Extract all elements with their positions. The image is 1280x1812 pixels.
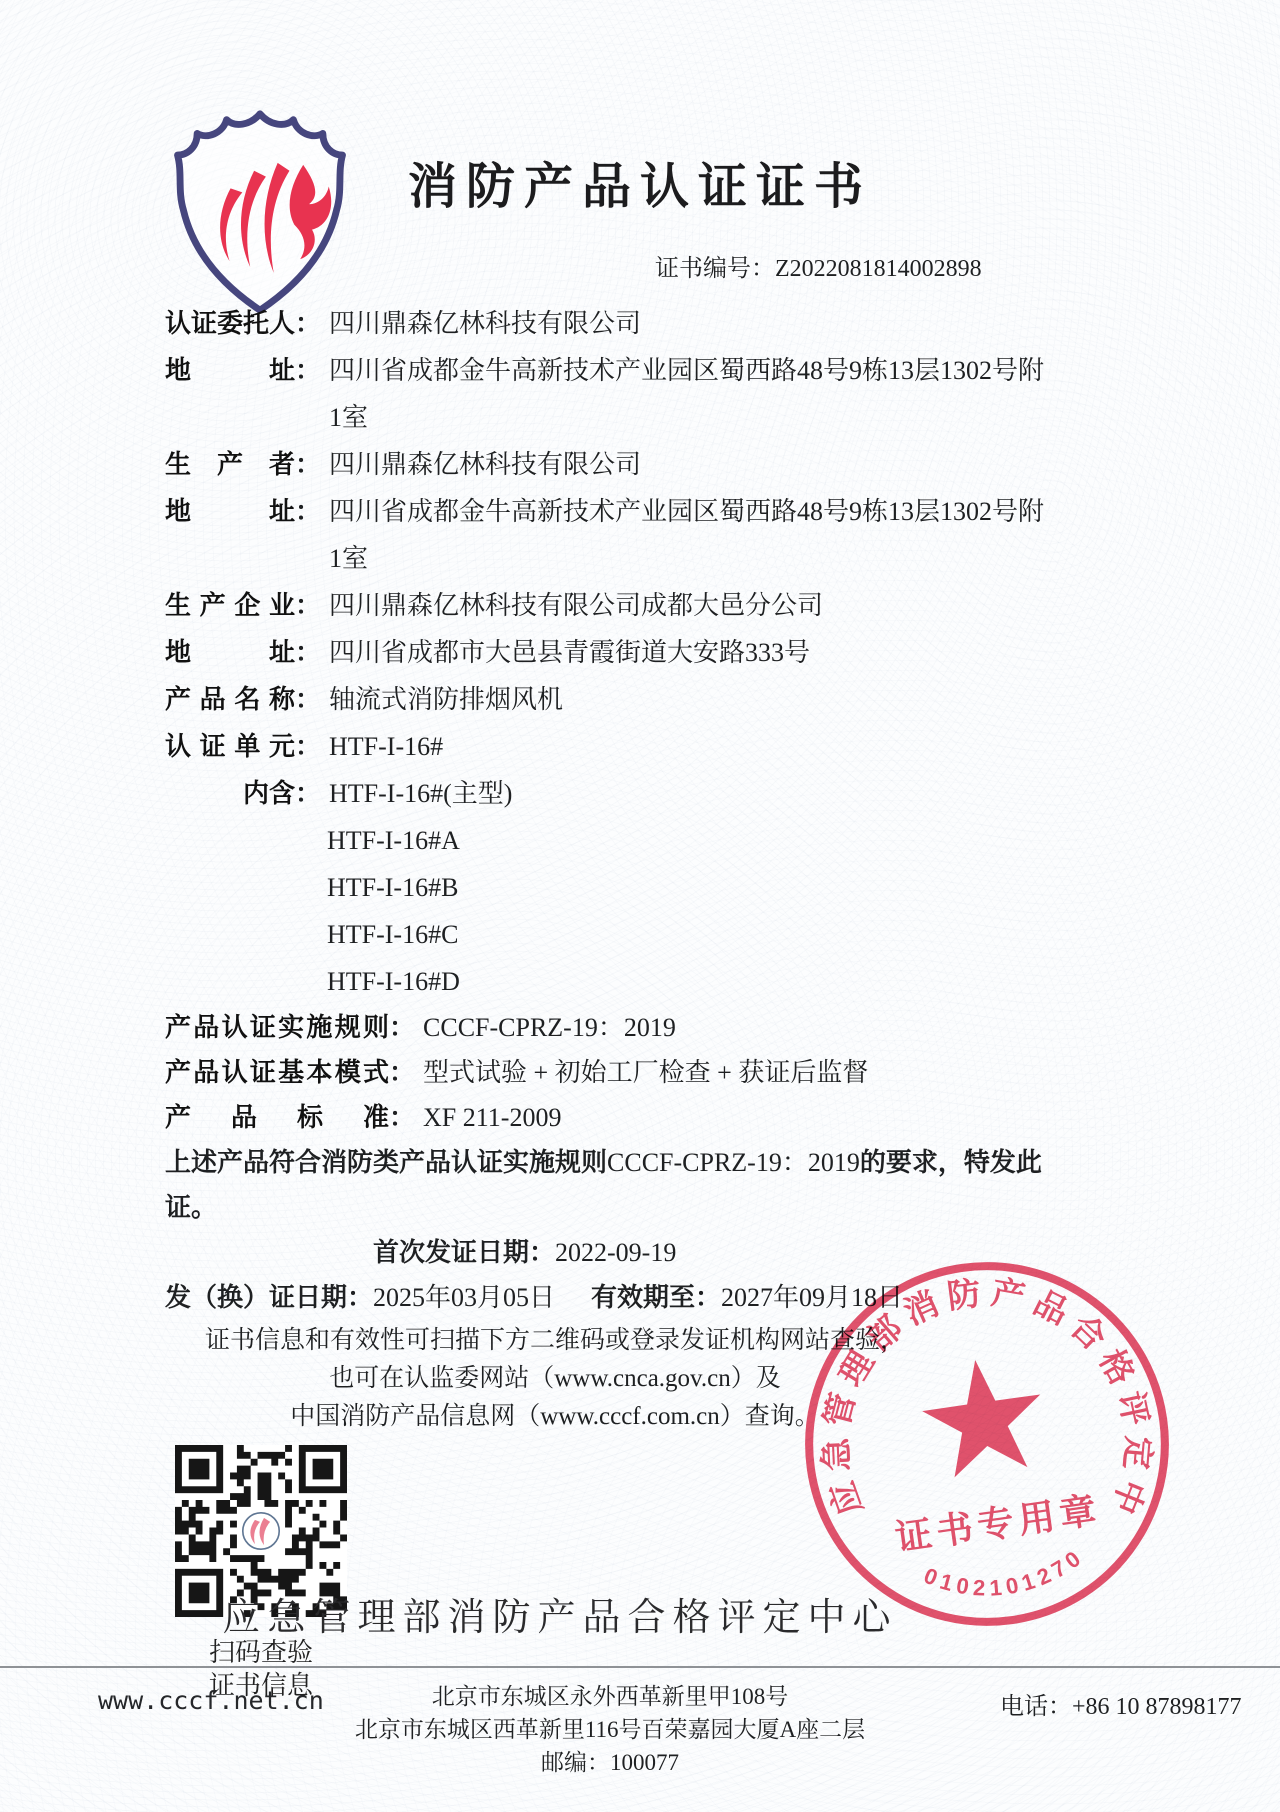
- label-colon: ：: [295, 582, 329, 629]
- included-model: HTF-I-16#A: [165, 817, 1050, 864]
- field-value: 四川鼎森亿林科技有限公司: [329, 300, 1050, 347]
- field-value: 四川省成都金牛高新技术产业园区蜀西路48号9栋13层1302号附1室: [329, 347, 1050, 441]
- footer-address: 北京市东城区永外西革新里甲108号 北京市东城区西革新里116号百荣嘉园大厦A座…: [300, 1680, 920, 1779]
- included-model: HTF-I-16#(主型): [329, 770, 1050, 817]
- field-value: 四川鼎森亿林科技有限公司成都大邑分公司: [329, 582, 1050, 629]
- rule-label: 产品认证基本模式: [165, 1050, 389, 1095]
- rule-value: 型式试验 + 初始工厂检查 + 获证后监督: [423, 1050, 1050, 1095]
- label-colon: ：: [389, 1050, 423, 1095]
- rule-value: XF 211-2009: [423, 1095, 1050, 1140]
- field-value: HTF-I-16#: [329, 723, 1050, 770]
- certificate-number-line: 证书编号：Z2022081814002898: [655, 248, 982, 283]
- label-colon: ：: [389, 1095, 423, 1140]
- reissue-value: 2025年03月05日: [373, 1283, 555, 1312]
- label-colon: ：: [389, 1005, 423, 1050]
- field-label: 地址: [165, 347, 295, 441]
- field-value: 四川省成都金牛高新技术产业园区蜀西路48号9栋13层1302号附1室: [329, 488, 1050, 582]
- rule-label: 产品标准: [165, 1095, 389, 1140]
- field-row-cert-unit: 认证单元： HTF-I-16#: [165, 723, 1050, 770]
- field-value: 轴流式消防排烟风机: [329, 676, 1050, 723]
- included-model: HTF-I-16#D: [165, 958, 1050, 1005]
- field-value: 四川省成都市大邑县青霞街道大安路333号: [329, 629, 1050, 676]
- statement-pre: 上述产品符合消防类产品认证实施规则: [165, 1147, 607, 1177]
- rule-row-implementation: 产品认证实施规则： CCCF-CPRZ-19：2019: [165, 1005, 1050, 1050]
- included-models-row: 内含： HTF-I-16#(主型): [165, 770, 1050, 817]
- field-value: 四川鼎森亿林科技有限公司: [329, 441, 1050, 488]
- certificate-page: { "header": { "title": "消防产品认证证书", "cert…: [0, 0, 1280, 1812]
- footer-website: www.cccf.net.cn: [98, 1686, 324, 1715]
- label-colon: ：: [295, 347, 329, 441]
- field-row-manufacturer: 生产者： 四川鼎森亿林科技有限公司: [165, 441, 1050, 488]
- field-label: 生产企业: [165, 582, 295, 629]
- field-row-address: 地址： 四川省成都金牛高新技术产业园区蜀西路48号9栋13层1302号附1室: [165, 488, 1050, 582]
- valid-until-label: 有效期至：: [591, 1282, 721, 1312]
- label-colon: ：: [295, 629, 329, 676]
- rule-label: 产品认证实施规则: [165, 1005, 389, 1050]
- field-row-factory: 生产企业： 四川鼎森亿林科技有限公司成都大邑分公司: [165, 582, 1050, 629]
- field-row-applicant: 认证委托人： 四川鼎森亿林科技有限公司: [165, 300, 1050, 347]
- included-label: 内含: [165, 770, 295, 817]
- reissue-label: 发（换）证日期：: [165, 1282, 373, 1312]
- rule-row-standard: 产品标准： XF 211-2009: [165, 1095, 1050, 1140]
- statement-code: CCCF-CPRZ-19：2019: [607, 1148, 860, 1177]
- first-issue-label: 首次发证日期：: [373, 1237, 555, 1267]
- field-row-address: 地址： 四川省成都金牛高新技术产业园区蜀西路48号9栋13层1302号附1室: [165, 347, 1050, 441]
- qr-block: 扫码查验 证书信息: [175, 1445, 347, 1702]
- certificate-number-label: 证书编号：: [655, 256, 775, 282]
- label-colon: ：: [295, 300, 329, 347]
- field-label: 认证委托人: [165, 300, 295, 347]
- label-colon: ：: [295, 441, 329, 488]
- rule-row-mode: 产品认证基本模式： 型式试验 + 初始工厂检查 + 获证后监督: [165, 1050, 1050, 1095]
- label-colon: ：: [295, 676, 329, 723]
- rule-value: CCCF-CPRZ-19：2019: [423, 1005, 1050, 1050]
- field-label: 产品名称: [165, 676, 295, 723]
- footer-address-line: 北京市东城区永外西革新里甲108号: [300, 1680, 920, 1713]
- footer-divider: [0, 1666, 1280, 1668]
- certification-rules: 产品认证实施规则： CCCF-CPRZ-19：2019 产品认证基本模式： 型式…: [165, 1005, 1050, 1140]
- footer-phone: 电话：+86 10 87898177: [1000, 1686, 1242, 1721]
- label-colon: ：: [295, 770, 329, 817]
- seal-star-icon: [916, 1352, 1050, 1481]
- included-model: HTF-I-16#B: [165, 864, 1050, 911]
- included-model: HTF-I-16#C: [165, 911, 1050, 958]
- certificate-number-value: Z2022081814002898: [775, 256, 982, 282]
- label-colon: ：: [295, 723, 329, 770]
- field-label: 地址: [165, 488, 295, 582]
- field-label: 生产者: [165, 441, 295, 488]
- field-row-address: 地址： 四川省成都市大邑县青霞街道大安路333号: [165, 629, 1050, 676]
- field-row-product-name: 产品名称： 轴流式消防排烟风机: [165, 676, 1050, 723]
- label-colon: ：: [295, 488, 329, 582]
- footer-postal-code: 邮编：100077: [300, 1746, 920, 1779]
- footer-address-line: 北京市东城区西革新里116号百荣嘉园大厦A座二层: [300, 1713, 920, 1746]
- conformity-statement: 上述产品符合消防类产品认证实施规则CCCF-CPRZ-19：2019的要求，特发…: [165, 1140, 1050, 1230]
- first-issue-value: 2022-09-19: [555, 1238, 676, 1267]
- certificate-fields: 认证委托人： 四川鼎森亿林科技有限公司 地址： 四川省成都金牛高新技术产业园区蜀…: [165, 300, 1050, 1320]
- field-label: 地址: [165, 629, 295, 676]
- field-label: 认证单元: [165, 723, 295, 770]
- certificate-title: 消防产品认证证书: [0, 148, 1280, 218]
- official-seal: 应急管理部消防产品合格评定中心 证书专用章 11010210127041: [795, 1252, 1179, 1636]
